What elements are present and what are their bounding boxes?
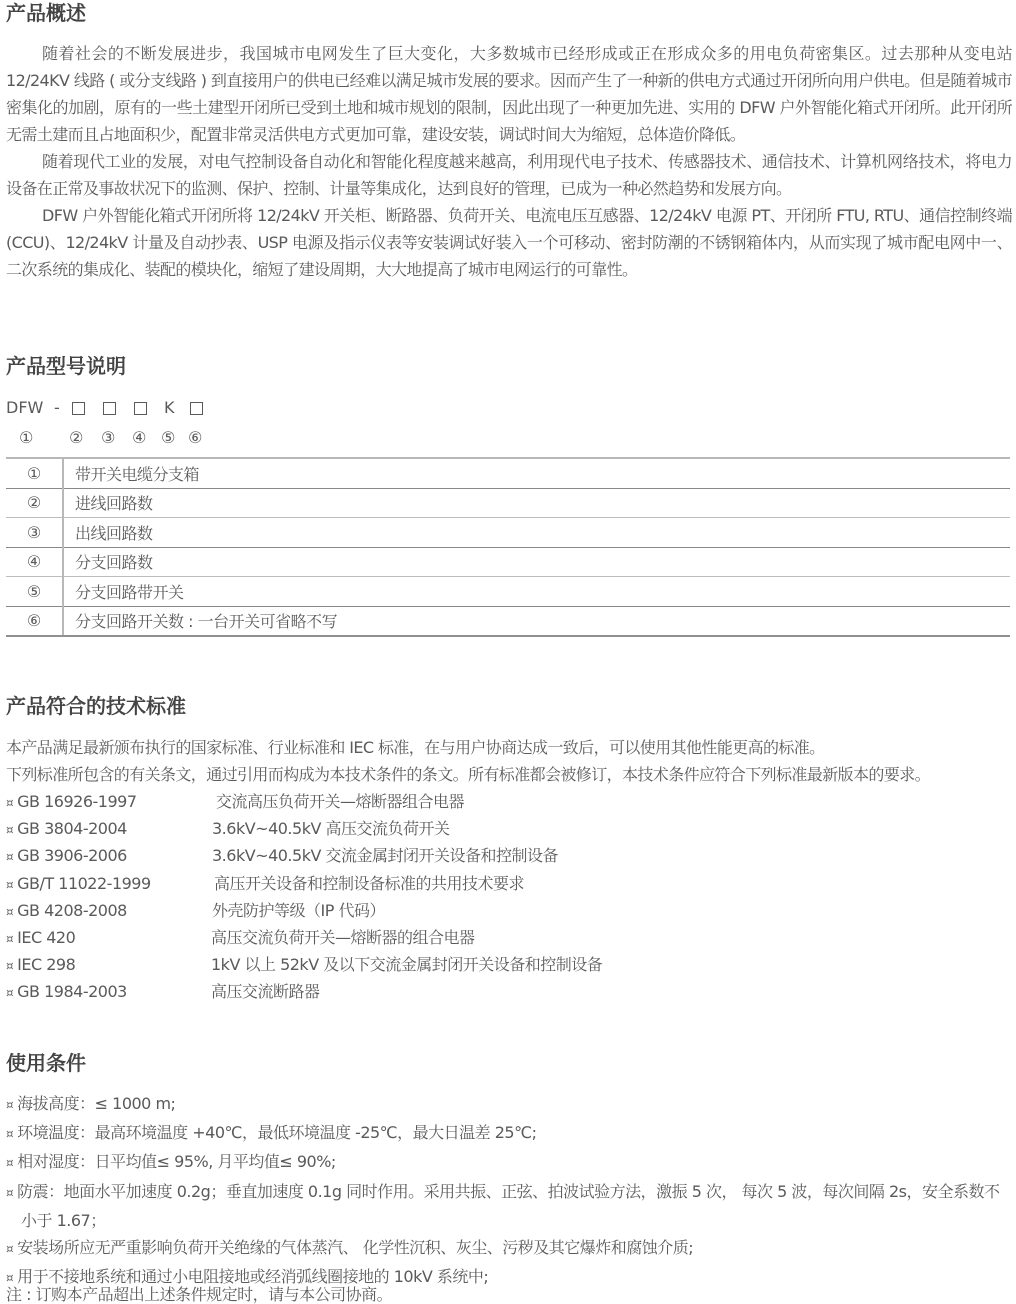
model-markers: ① ② ③ ④ ⑤ ⑥ — [6, 427, 306, 449]
condition-item: ¤防震：地面水平加速度 0.2g；垂直加速度 0.1g 同时作用。采用共振、正弦… — [6, 1178, 1010, 1234]
model-k-letter: K — [164, 397, 175, 419]
bullet-icon: ¤ — [6, 1156, 13, 1170]
standard-code: IEC 298 — [17, 955, 75, 974]
marker: ⑤ — [161, 427, 175, 449]
standard-code: GB 4208-2008 — [17, 901, 127, 920]
row-number: ② — [6, 488, 63, 518]
bullet-icon: ¤ — [6, 1127, 13, 1141]
standard-item: ¤GB/T 11022-1999 高压开关设备和控制设备标准的共用技术要求 — [6, 870, 1006, 897]
row-number: ⑤ — [6, 577, 63, 607]
section-title-conditions: 使用条件 — [6, 1050, 86, 1076]
condition-text: 安装场所应无严重影响负荷开关绝缘的气体蒸汽、 化学性沉积、灰尘、污秽及其它爆炸和… — [17, 1238, 693, 1257]
condition-item: ¤相对湿度：日平均值≤ 95%, 月平均值≤ 90%; — [6, 1148, 1010, 1177]
placeholder-box-icon — [72, 402, 85, 415]
bullet-icon: ¤ — [6, 932, 13, 946]
standards-list: ¤GB 16926-1997 交流高压负荷开关—熔断器组合电器 ¤GB 3804… — [6, 788, 1006, 1006]
marker: ⑥ — [188, 427, 202, 449]
section-title-overview: 产品概述 — [6, 0, 86, 26]
bullet-icon: ¤ — [6, 986, 13, 1000]
standard-item: ¤GB 16926-1997 交流高压负荷开关—熔断器组合电器 — [6, 788, 1006, 815]
table-row: ④ 分支回路数 — [6, 547, 1010, 577]
model-code-pattern: DFW - K — [6, 397, 306, 419]
overview-paragraph: 随着现代工业的发展，对电气控制设备自动化和智能化程度越来越高，利用现代电子技术、… — [6, 148, 1012, 202]
bullet-icon: ¤ — [6, 823, 13, 837]
row-description: 分支回路开关数 : 一台开关可省略不写 — [63, 606, 1010, 636]
model-table: ① 带开关电缆分支箱 ② 进线回路数 ③ 出线回路数 ④ 分支回路数 ⑤ 分支回… — [6, 457, 1010, 637]
standard-code: IEC 420 — [17, 928, 75, 947]
standard-item: ¤GB 3804-2004 3.6kV~40.5kV 高压交流负荷开关 — [6, 815, 1006, 842]
section-title-model: 产品型号说明 — [6, 353, 126, 379]
standard-name: 3.6kV~40.5kV 交流金属封闭开关设备和控制设备 — [212, 842, 558, 869]
bullet-icon: ¤ — [6, 1186, 13, 1200]
placeholder-box-icon — [134, 402, 147, 415]
model-dash: - — [54, 397, 60, 419]
table-row: ② 进线回路数 — [6, 488, 1010, 518]
standard-item: ¤GB 1984-2003 高压交流断路器 — [6, 978, 1006, 1005]
row-number: ③ — [6, 518, 63, 548]
row-description: 出线回路数 — [63, 518, 1010, 548]
overview-paragraph: 随着社会的不断发展进步，我国城市电网发生了巨大变化，大多数城市已经形成或正在形成… — [6, 40, 1012, 148]
condition-item: ¤环境温度：最高环境温度 +40℃，最低环境温度 -25℃，最大日温差 25℃; — [6, 1119, 1010, 1148]
bullet-icon: ¤ — [6, 1242, 13, 1256]
model-prefix: DFW — [6, 397, 43, 419]
standard-name: 3.6kV~40.5kV 高压交流负荷开关 — [212, 815, 450, 842]
bullet-icon: ¤ — [6, 850, 13, 864]
row-number: ④ — [6, 547, 63, 577]
condition-item: ¤安装场所应无严重影响负荷开关绝缘的气体蒸汽、 化学性沉积、灰尘、污秽及其它爆炸… — [6, 1234, 1010, 1263]
condition-text: 海拔高度：≤ 1000 m; — [17, 1094, 175, 1113]
row-description: 分支回路带开关 — [63, 577, 1010, 607]
row-description: 带开关电缆分支箱 — [63, 458, 1010, 488]
standard-code: GB/T 11022-1999 — [17, 874, 151, 893]
condition-text: 防震：地面水平加速度 0.2g；垂直加速度 0.1g 同时作用。采用共振、正弦、… — [17, 1182, 999, 1230]
marker: ④ — [132, 427, 146, 449]
standard-name: 高压交流负荷开关—熔断器的组合电器 — [211, 924, 475, 951]
standard-name: 1kV 以上 52kV 及以下交流金属封闭开关设备和控制设备 — [211, 951, 602, 978]
row-number: ① — [6, 458, 63, 488]
overview-paragraph: DFW 户外智能化箱式开闭所将 12/24kV 开关柜、断路器、负荷开关、电流电… — [6, 202, 1012, 283]
marker: ① — [19, 427, 33, 449]
standard-code: GB 16926-1997 — [17, 792, 136, 811]
placeholder-box-icon — [103, 402, 116, 415]
condition-text: 相对湿度：日平均值≤ 95%, 月平均值≤ 90%; — [17, 1152, 336, 1171]
bullet-icon: ¤ — [6, 878, 13, 892]
standard-item: ¤IEC 298 1kV 以上 52kV 及以下交流金属封闭开关设备和控制设备 — [6, 951, 1006, 978]
table-row: ⑥ 分支回路开关数 : 一台开关可省略不写 — [6, 606, 1010, 636]
conditions-list: ¤海拔高度：≤ 1000 m; ¤环境温度：最高环境温度 +40℃，最低环境温度… — [6, 1090, 1010, 1292]
standard-item: ¤GB 3906-2006 3.6kV~40.5kV 交流金属封闭开关设备和控制… — [6, 842, 1006, 869]
condition-item: ¤海拔高度：≤ 1000 m; — [6, 1090, 1010, 1119]
standard-code: GB 3804-2004 — [17, 819, 127, 838]
condition-text: 环境温度：最高环境温度 +40℃，最低环境温度 -25℃，最大日温差 25℃; — [17, 1123, 536, 1142]
table-row: ① 带开关电缆分支箱 — [6, 458, 1010, 488]
marker: ② — [69, 427, 83, 449]
bullet-icon: ¤ — [6, 959, 13, 973]
bullet-icon: ¤ — [6, 796, 13, 810]
table-row: ⑤ 分支回路带开关 — [6, 577, 1010, 607]
standard-code: GB 1984-2003 — [17, 982, 127, 1001]
standard-name: 交流高压负荷开关—熔断器组合电器 — [216, 788, 464, 815]
standard-item: ¤GB 4208-2008 外壳防护等级（IP 代码） — [6, 897, 1006, 924]
standards-intro: 下列标准所包含的有关条文，通过引用而构成为本技术条件的条文。所有标准都会被修订，… — [6, 761, 1012, 788]
section-title-standards: 产品符合的技术标准 — [6, 693, 186, 719]
standard-item: ¤IEC 420 高压交流负荷开关—熔断器的组合电器 — [6, 924, 1006, 951]
bullet-icon: ¤ — [6, 1098, 13, 1112]
marker: ③ — [101, 427, 115, 449]
bullet-icon: ¤ — [6, 905, 13, 919]
table-row: ③ 出线回路数 — [6, 518, 1010, 548]
standard-name: 外壳防护等级（IP 代码） — [212, 897, 385, 924]
standard-code: GB 3906-2006 — [17, 846, 127, 865]
standard-name: 高压开关设备和控制设备标准的共用技术要求 — [214, 870, 524, 897]
conditions-note: 注 : 订购本产品超出上述条件规定时，请与本公司协商。 — [6, 1281, 392, 1304]
row-number: ⑥ — [6, 606, 63, 636]
standards-intro: 本产品满足最新颁布执行的国家标准、行业标准和 IEC 标准，在与用户协商达成一致… — [6, 734, 1012, 761]
row-description: 分支回路数 — [63, 547, 1010, 577]
standard-name: 高压交流断路器 — [211, 978, 320, 1005]
placeholder-box-icon — [190, 402, 203, 415]
row-description: 进线回路数 — [63, 488, 1010, 518]
